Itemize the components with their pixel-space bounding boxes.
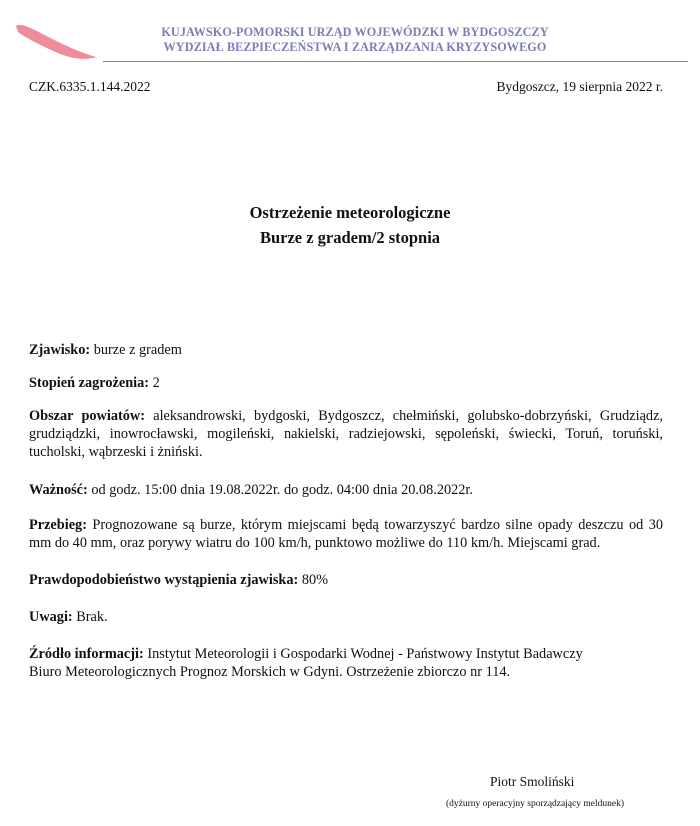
field-course: Przebieg: Prognozowane są burze, którym … (29, 516, 663, 552)
institution-name: KUJAWSKO-POMORSKI URZĄD WOJEWÓDZKI W BYD… (100, 25, 610, 40)
field-label: Przebieg: (29, 517, 87, 533)
field-label: Ważność: (29, 482, 88, 498)
field-value: burze z gradem (90, 342, 182, 358)
header-divider (103, 61, 688, 62)
warning-body: Zjawisko: burze z gradem Stopień zagroże… (29, 341, 663, 696)
document-title: Ostrzeżenie meteorologiczne Burze z grad… (0, 200, 700, 250)
place-and-date: Bydgoszcz, 19 sierpnia 2022 r. (497, 79, 663, 95)
field-label: Prawdopodobieństwo wystąpienia zjawiska: (29, 572, 298, 588)
field-threat-level: Stopień zagrożenia: 2 (29, 374, 663, 392)
field-label: Źródło informacji: (29, 646, 144, 662)
field-label: Stopień zagrożenia: (29, 375, 149, 391)
field-phenomenon: Zjawisko: burze z gradem (29, 341, 663, 359)
title-line-1: Ostrzeżenie meteorologiczne (0, 200, 700, 225)
field-label: Uwagi: (29, 609, 73, 625)
field-label: Obszar powiatów: (29, 408, 145, 424)
department-name: WYDZIAŁ BEZPIECZEŃSTWA I ZARZĄDZANIA KRY… (100, 40, 610, 55)
field-value: 80% (298, 572, 328, 588)
signer-role: (dyżurny operacyjny sporządzający meldun… (446, 799, 624, 809)
field-districts: Obszar powiatów: aleksandrowski, bydgosk… (29, 407, 663, 461)
title-line-2: Burze z gradem/2 stopnia (0, 225, 700, 250)
brushstroke-logo-icon (14, 20, 104, 62)
field-validity: Ważność: od godz. 15:00 dnia 19.08.2022r… (29, 481, 663, 499)
letterhead: KUJAWSKO-POMORSKI URZĄD WOJEWÓDZKI W BYD… (100, 25, 610, 55)
field-value: 2 (149, 375, 160, 391)
field-label: Zjawisko: (29, 342, 90, 358)
field-value: Prognozowane są burze, którym miejscami … (29, 517, 663, 551)
field-probability: Prawdopodobieństwo wystąpienia zjawiska:… (29, 571, 663, 589)
signer-name: Piotr Smoliński (490, 774, 574, 790)
field-source: Źródło informacji: Instytut Meteorologii… (29, 645, 589, 681)
field-value: Brak. (73, 609, 108, 625)
reference-number: CZK.6335.1.144.2022 (29, 79, 151, 95)
field-value: od godz. 15:00 dnia 19.08.2022r. do godz… (88, 482, 473, 498)
field-remarks: Uwagi: Brak. (29, 608, 663, 626)
